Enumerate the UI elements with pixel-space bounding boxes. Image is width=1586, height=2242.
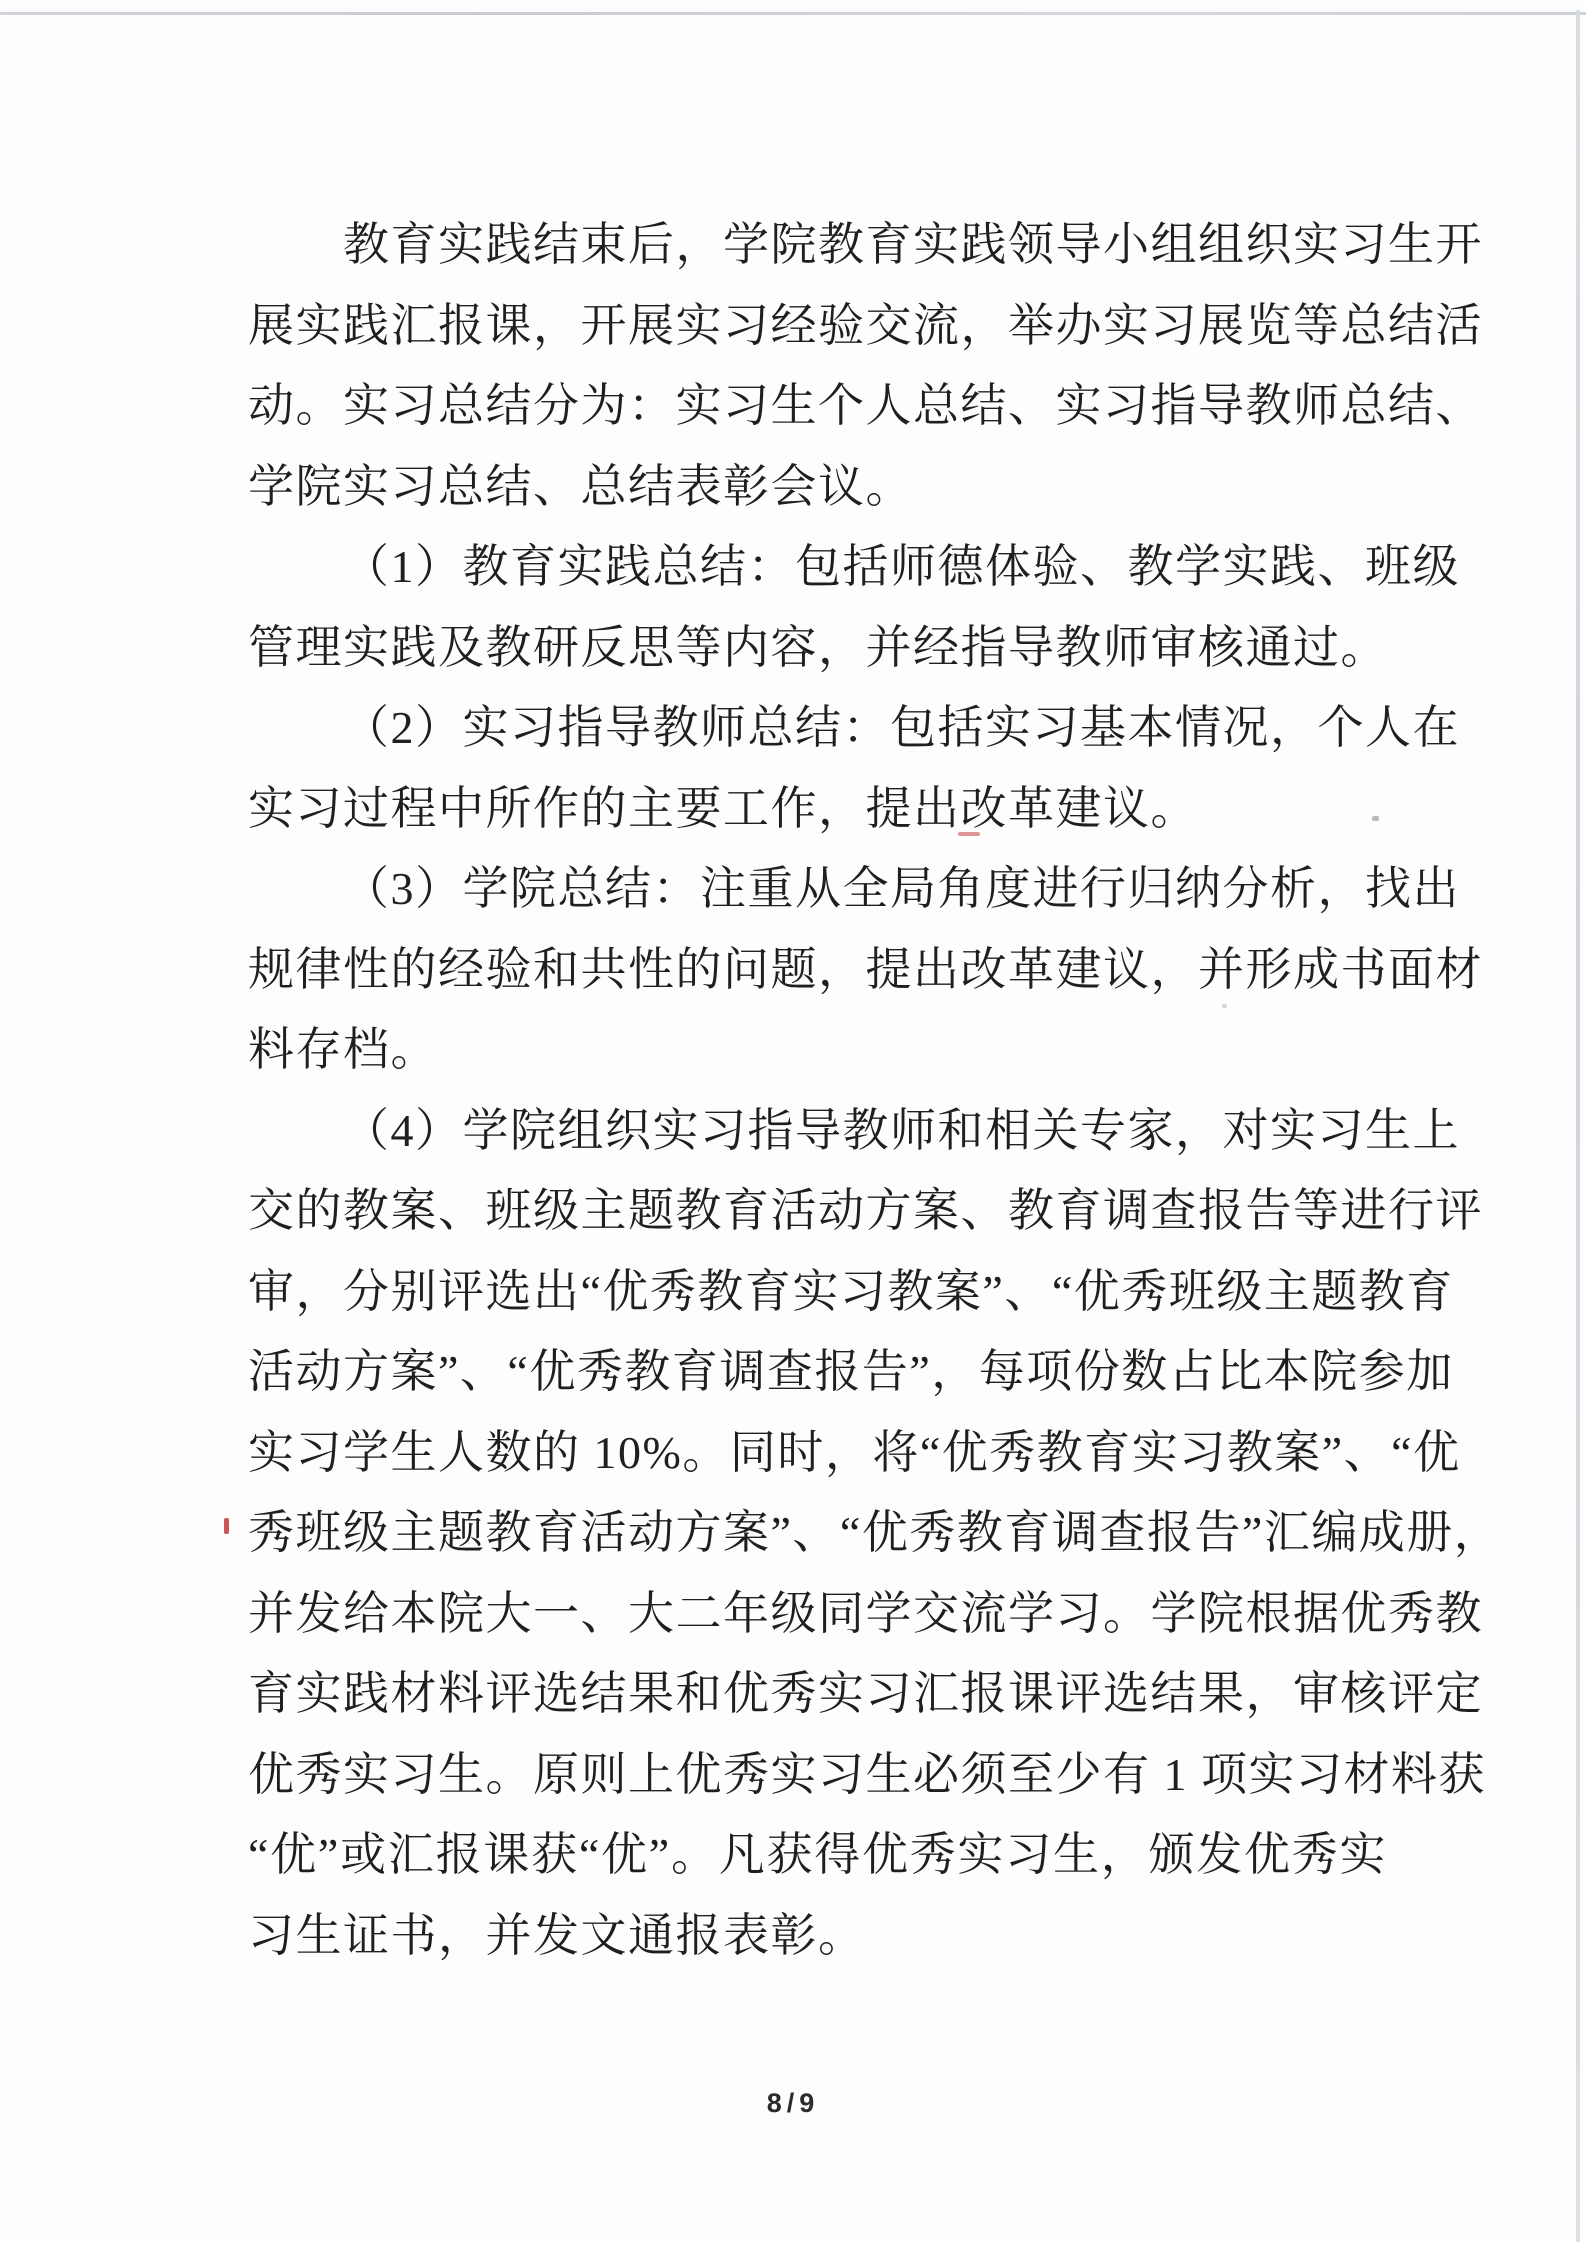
document-line: （2）实习指导教师总结：包括实习基本情况，个人在 — [248, 688, 1387, 769]
document-line: “优”或汇报课获“优”。凡获得优秀实习生，颁发优秀实 — [248, 1815, 1387, 1896]
red-proof-mark — [224, 1518, 229, 1534]
document-line: 秀班级主题教育活动方案”、“优秀教育调查报告”汇编成册， — [248, 1493, 1387, 1574]
document-line: 教育实践结束后，学院教育实践领导小组组织实习生开 — [248, 205, 1387, 286]
document-line: 实习学生人数的 10%。同时，将“优秀教育实习教案”、“优 — [248, 1413, 1387, 1494]
scan-edge-right-line — [1576, 10, 1580, 2242]
document-line: 交的教案、班级主题教育活动方案、教育调查报告等进行评 — [248, 1171, 1387, 1252]
document-line: 活动方案”、“优秀教育调查报告”，每项份数占比本院参加 — [248, 1332, 1387, 1413]
document-page: 教育实践结束后，学院教育实践领导小组组织实习生开展实践汇报课，开展实习经验交流，… — [0, 0, 1586, 2242]
document-line: 料存档。 — [248, 1010, 1387, 1091]
document-line: （3）学院总结：注重从全局角度进行归纳分析，找出 — [248, 849, 1387, 930]
document-line: 学院实习总结、总结表彰会议。 — [248, 447, 1387, 528]
scan-speck — [1372, 816, 1379, 821]
document-line: 习生证书，并发文通报表彰。 — [248, 1896, 1387, 1977]
document-line: 育实践材料评选结果和优秀实习汇报课评选结果，审核评定 — [248, 1654, 1387, 1735]
document-line: 规律性的经验和共性的问题，提出改革建议，并形成书面材 — [248, 930, 1387, 1011]
document-line: 展实践汇报课，开展实习经验交流，举办实习展览等总结活 — [248, 286, 1387, 367]
document-line: （4）学院组织实习指导教师和相关专家，对实习生上 — [248, 1091, 1387, 1172]
document-line: 实习过程中所作的主要工作，提出改革建议。 — [248, 769, 1387, 850]
document-line: 审，分别评选出“优秀教育实习教案”、“优秀班级主题教育 — [248, 1252, 1387, 1333]
scan-speck — [1222, 1004, 1227, 1008]
red-proof-mark — [958, 832, 980, 836]
document-line: 并发给本院大一、大二年级同学交流学习。学院根据优秀教 — [248, 1574, 1387, 1655]
document-line: 动。实习总结分为：实习生个人总结、实习指导教师总结、 — [248, 366, 1387, 447]
document-line: 管理实践及教研反思等内容，并经指导教师审核通过。 — [248, 608, 1387, 689]
document-body: 教育实践结束后，学院教育实践领导小组组织实习生开展实践汇报课，开展实习经验交流，… — [248, 0, 1387, 1976]
document-line: 优秀实习生。原则上优秀实习生必须至少有 1 项实习材料获 — [248, 1735, 1387, 1816]
page-number: 8/9 — [0, 2088, 1586, 2119]
document-line: （1）教育实践总结：包括师德体验、教学实践、班级 — [248, 527, 1387, 608]
